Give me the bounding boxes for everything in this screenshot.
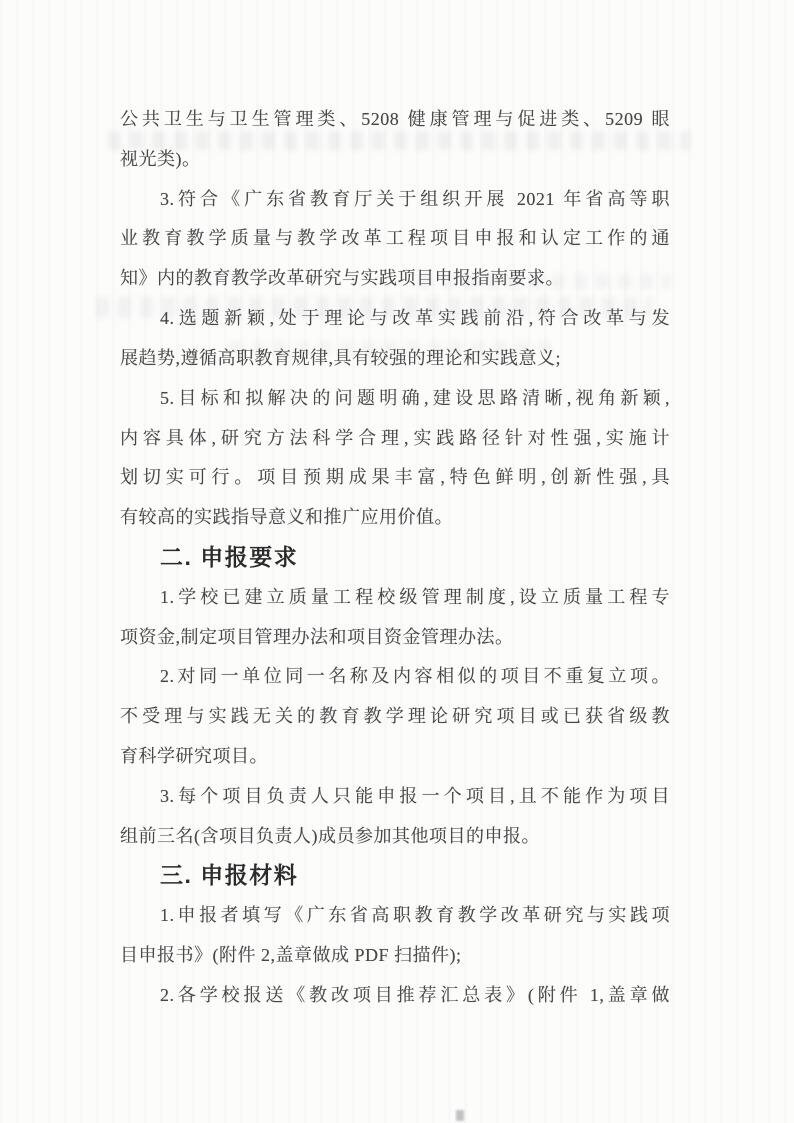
text-line: 项资金,制定项目管理办法和项目资金管理办法。	[120, 618, 670, 658]
text-line: 目申报书》(附件 2,盖章做成 PDF 扫描件);	[120, 936, 670, 976]
text-line: 1.申报者填写《广东省高职教育教学改革研究与实践项	[120, 896, 670, 936]
text-line: 5.目标和拟解决的问题明确,建设思路清晰,视角新颖,	[120, 379, 670, 419]
text-line: 内容具体,研究方法科学合理,实践路径针对性强,实施计	[120, 419, 670, 459]
section-heading: 三. 申报材料	[120, 856, 670, 896]
text-line: 2.各学校报送《教改项目推荐汇总表》(附件 1,盖章做	[120, 976, 670, 1016]
text-line: 1.学校已建立质量工程校级管理制度,设立质量工程专	[120, 578, 670, 618]
text-line: 育科学研究项目。	[120, 737, 670, 777]
text-line: 不受理与实践无关的教育教学理论研究项目或已获省级教	[120, 697, 670, 737]
text-line: 4.选题新颖,处于理论与改革实践前沿,符合改革与发	[120, 299, 670, 339]
text-line: 公共卫生与卫生管理类、5208 健康管理与促进类、5209 眼	[120, 100, 670, 140]
scanned-page: 公共卫生与卫生管理类、5208 健康管理与促进类、5209 眼视光类)。3.符合…	[0, 0, 794, 1123]
text-line: 展趋势,遵循高职教育规律,具有较强的理论和实践意义;	[120, 339, 670, 379]
text-line: 划切实可行。项目预期成果丰富,特色鲜明,创新性强,具	[120, 458, 670, 498]
text-line: 2.对同一单位同一名称及内容相似的项目不重复立项。	[120, 657, 670, 697]
document-text-block: 公共卫生与卫生管理类、5208 健康管理与促进类、5209 眼视光类)。3.符合…	[120, 100, 670, 1016]
text-line: 3.每个项目负责人只能申报一个项目,且不能作为项目	[120, 777, 670, 817]
text-line: 3.符合《广东省教育厅关于组织开展 2021 年省高等职	[120, 180, 670, 220]
text-line: 视光类)。	[120, 140, 670, 180]
text-line: 组前三名(含项目负责人)成员参加其他项目的申报。	[120, 817, 670, 857]
section-heading: 二. 申报要求	[120, 538, 670, 578]
text-line: 知》内的教育教学改革研究与实践项目申报指南要求。	[120, 259, 670, 299]
text-line: 业教育教学质量与教学改革工程项目申报和认定工作的通	[120, 219, 670, 259]
text-line: 有较高的实践指导意义和推广应用价值。	[120, 498, 670, 538]
page-number-smudge	[456, 1110, 464, 1121]
